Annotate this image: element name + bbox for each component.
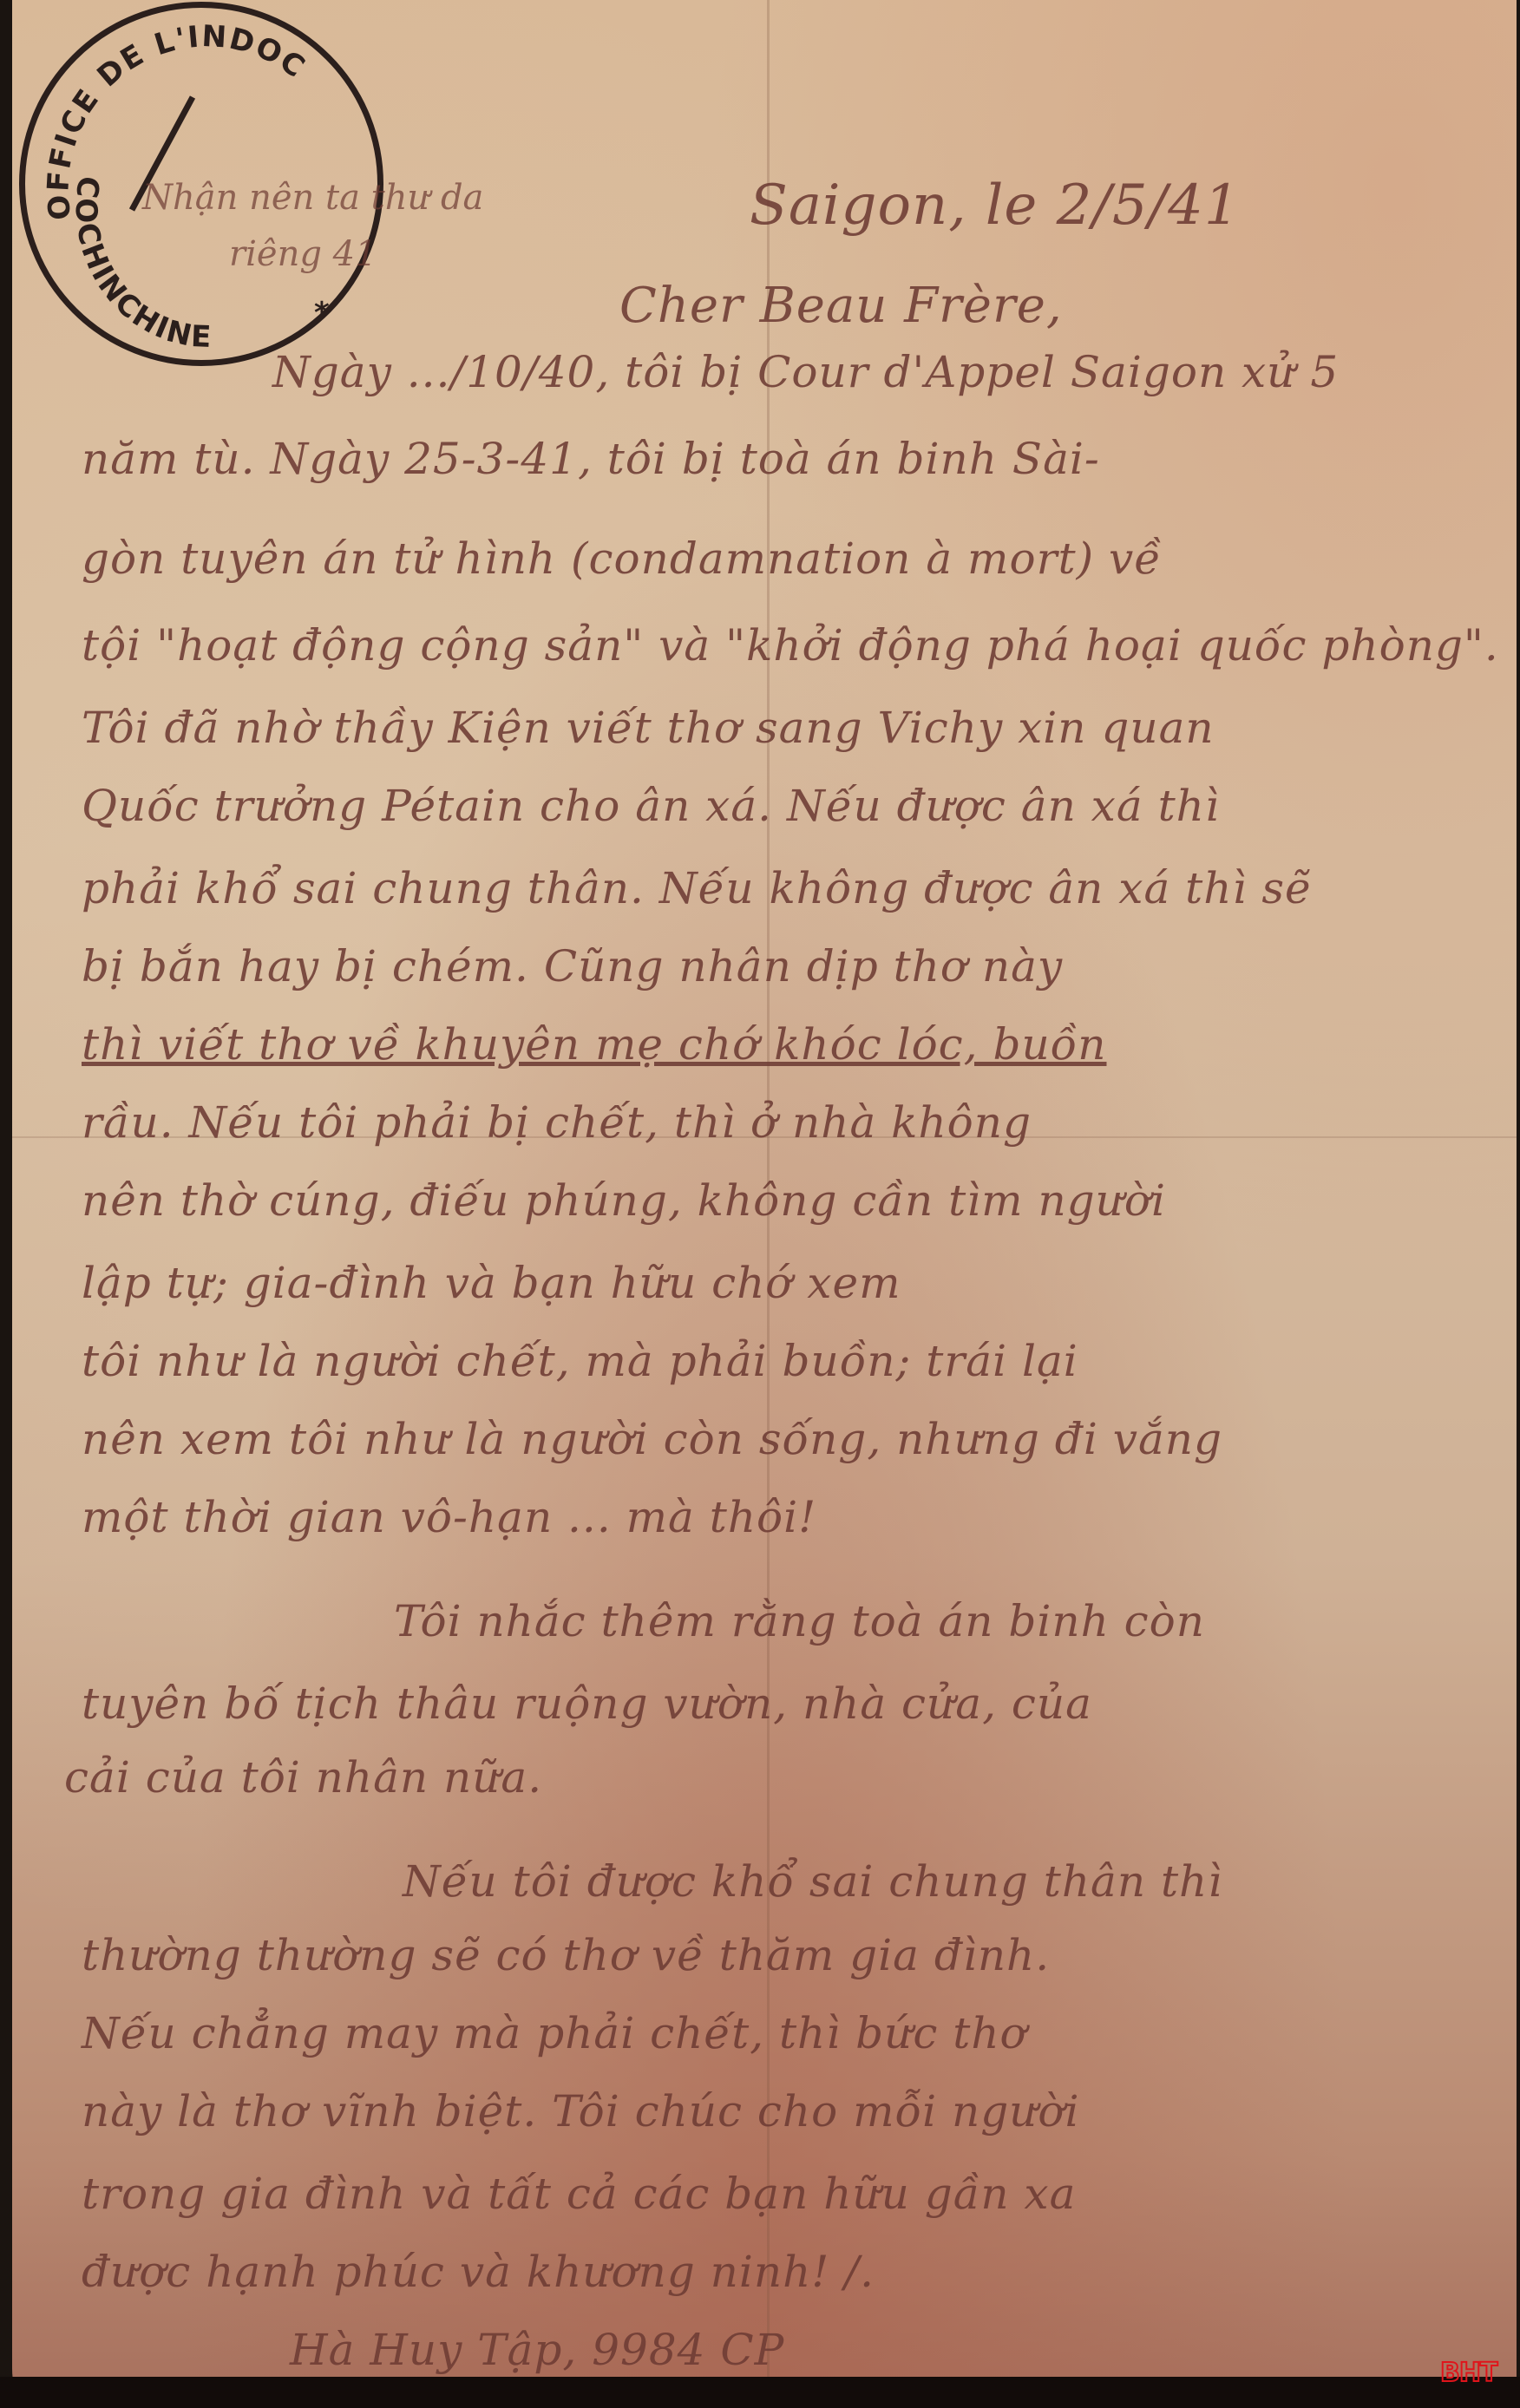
- body-line: Tôi đã nhờ thầy Kiện viết thơ sang Vichy…: [82, 703, 1215, 753]
- body-line: Nếu chẳng may mà phải chết, thì bức thơ: [82, 2008, 1027, 2058]
- body-line: gòn tuyên án tử hình (condamnation à mor…: [82, 533, 1162, 584]
- body-line: này là thơ vĩnh biệt. Tôi chúc cho mỗi n…: [82, 2086, 1080, 2136]
- photo-background: [0, 2377, 1520, 2408]
- signature: Hà Huy Tập, 9984 CP: [290, 2325, 784, 2375]
- body-line: năm tù. Ngày 25-3-41, tôi bị toà án binh…: [82, 434, 1100, 484]
- body-line: Quốc trưởng Pétain cho ân xá. Nếu được â…: [82, 781, 1220, 831]
- body-line: thường thường sẽ có thơ về thăm gia đình…: [82, 1930, 1050, 1980]
- body-line: Nếu tôi được khổ sai chung thân thì: [403, 1856, 1222, 1907]
- margin-note-line-2: riêng 41: [229, 234, 377, 274]
- body-line: Ngày .../10/40, tôi bị Cour d'Appel Saig…: [272, 347, 1339, 397]
- body-line: rầu. Nếu tôi phải bị chết, thì ở nhà khô…: [82, 1097, 1032, 1148]
- body-line: thì viết thơ về khuyên mẹ chớ khóc lóc, …: [82, 1019, 1106, 1070]
- letter-paper: OFFICE DE L'INDOCHINE COCHINCHINE * Nhận…: [12, 0, 1517, 2394]
- body-line: cải của tôi nhân nữa.: [64, 1752, 542, 1803]
- body-line: Tôi nhắc thêm rằng toà án binh còn: [394, 1596, 1205, 1646]
- body-line: tôi như là người chết, mà phải buồn; trá…: [82, 1336, 1078, 1386]
- body-line: nên xem tôi như là người còn sống, nhưng…: [82, 1414, 1222, 1464]
- stamp-star-icon: *: [314, 296, 331, 330]
- salutation: Cher Beau Frère,: [619, 278, 1063, 334]
- watermark-logo: BHT: [1440, 2358, 1497, 2388]
- body-line: tuyên bố tịch thâu ruộng vườn, nhà cửa, …: [82, 1678, 1092, 1729]
- body-line: lập tự; gia-đình và bạn hữu chớ xem: [82, 1258, 901, 1308]
- margin-note-line-1: Nhận nên ta thư da: [142, 178, 483, 218]
- body-line: phải khổ sai chung thân. Nếu không được …: [82, 863, 1312, 913]
- body-line: trong gia đình và tất cả các bạn hữu gần…: [82, 2169, 1076, 2219]
- body-line: tội "hoạt động cộng sản" và "khởi động p…: [82, 620, 1499, 671]
- body-line: được hạnh phúc và khương ninh! /.: [82, 2247, 875, 2297]
- body-line: một thời gian vô-hạn ... mà thôi!: [82, 1492, 816, 1542]
- place-date: Saigon, le 2/5/41: [750, 173, 1241, 238]
- body-line: bị bắn hay bị chém. Cũng nhân dịp thơ nà…: [82, 941, 1063, 991]
- body-line: nên thờ cúng, điếu phúng, không cần tìm …: [82, 1175, 1166, 1226]
